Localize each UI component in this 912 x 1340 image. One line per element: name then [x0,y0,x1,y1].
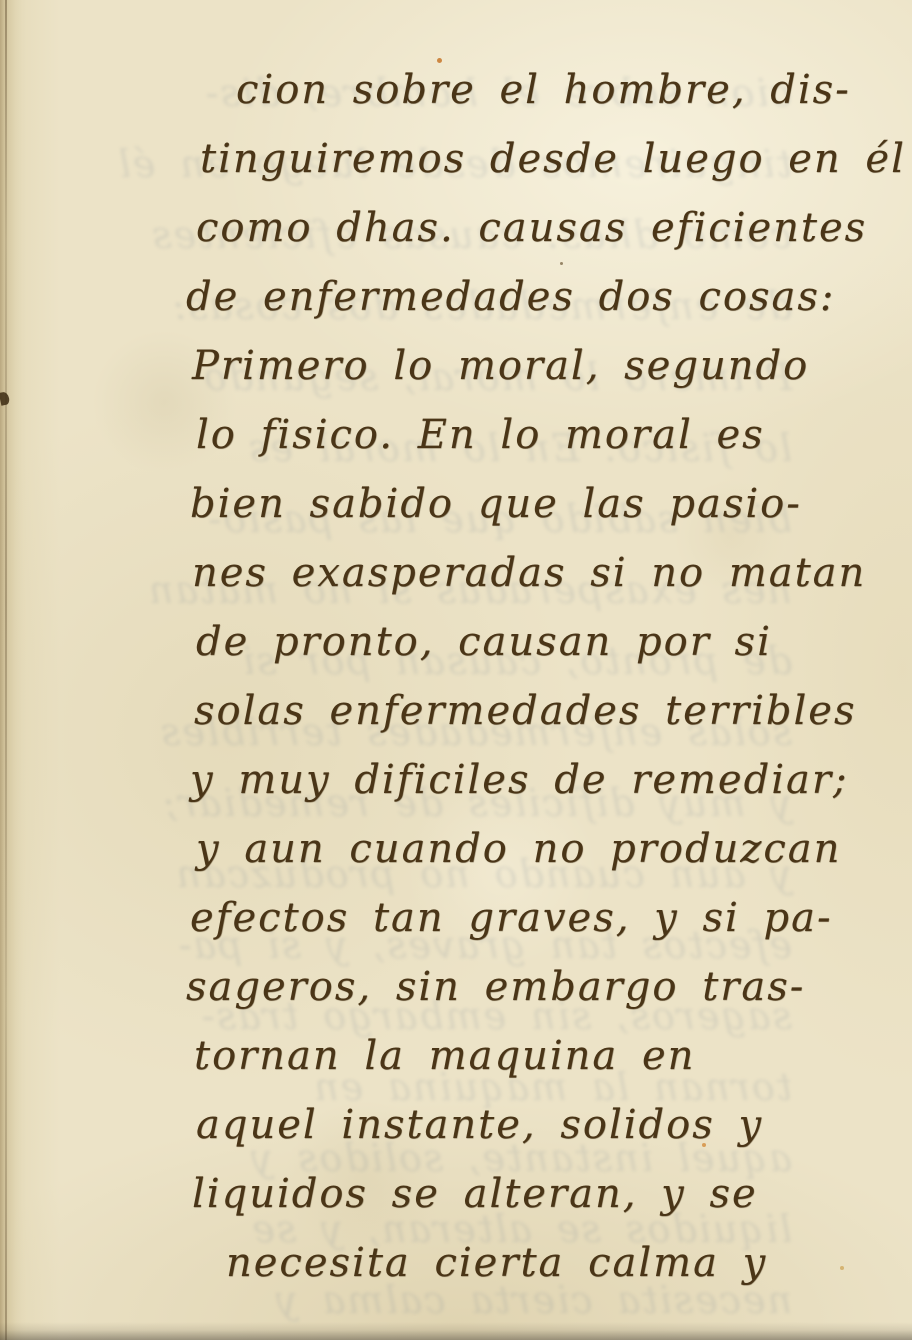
handwritten-text-block: cion sobre el hombre, dis- tinguiremos d… [0,0,912,1298]
manuscript-line: liquidos se alteran, y se [192,1160,902,1229]
manuscript-line: aquel instante, solidos y [196,1091,902,1160]
manuscript-line: cion sobre el hombre, dis- [236,56,902,125]
manuscript-line: de enfermedades dos cosas: [186,263,902,332]
manuscript-line: necesita cierta calma y [226,1229,902,1298]
page-edge-crease [5,0,7,1340]
manuscript-line: Primero lo moral, segundo [192,332,902,401]
manuscript-line: efectos tan graves, y si pa- [190,884,902,953]
manuscript-line: tornan la maquina en [194,1022,902,1091]
manuscript-line: bien sabido que las pasio- [190,470,902,539]
manuscript-line: nes exasperadas si no matan [192,539,902,608]
manuscript-line: de pronto, causan por si [196,608,902,677]
manuscript-line: y muy dificiles de remediar; [190,746,902,815]
page-bottom-shadow [0,1322,912,1340]
manuscript-line: lo fisico. En lo moral es [196,401,902,470]
manuscript-page: cion sobre el hombre, dis-tinguiremos de… [0,0,912,1340]
manuscript-line: sageros, sin embargo tras- [186,953,902,1022]
page-binding-edge [0,0,26,1340]
manuscript-line: y aun cuando no produzcan [196,815,902,884]
manuscript-line: solas enfermedades terribles [194,677,902,746]
manuscript-line: tinguiremos desde luego en él [200,125,902,194]
manuscript-line: como dhas. causas eficientes [196,194,902,263]
